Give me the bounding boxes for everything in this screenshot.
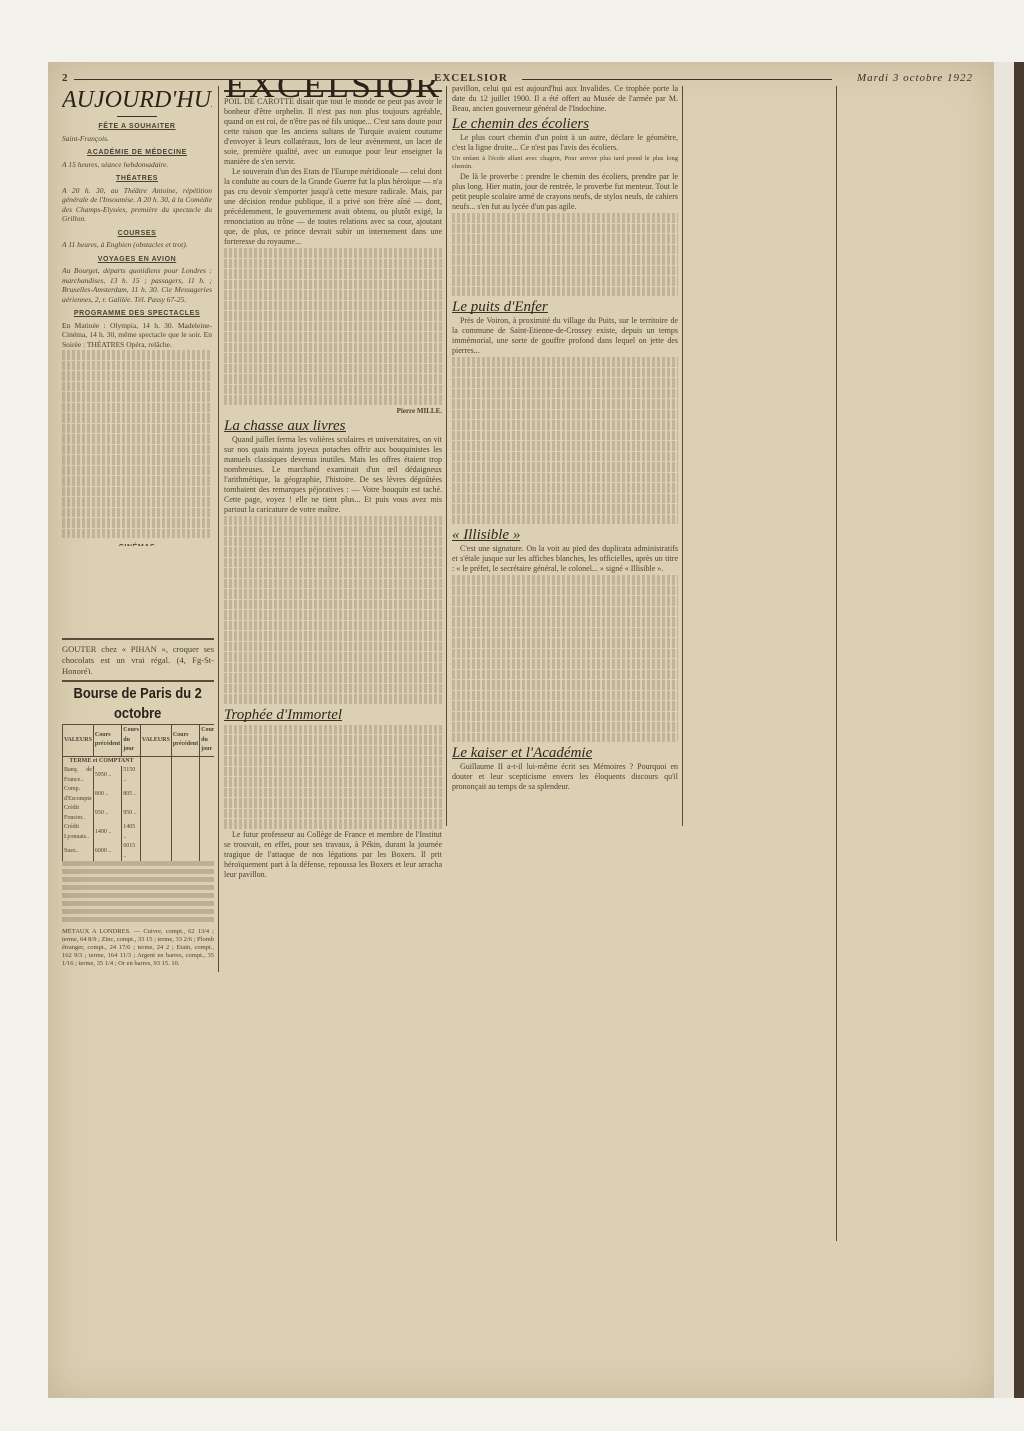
binding-edge <box>1014 62 1024 1398</box>
aujourdhui-section: FÊTE A SOUHAITERSaint-François. <box>62 122 212 143</box>
subtitle: La chasse aux livres <box>224 421 346 432</box>
metaux-londres: MÉTAUX A LONDRES. — Cuivre, compt., 62 1… <box>62 928 214 972</box>
subtitle: Le kaiser et l'Académie <box>452 748 592 759</box>
issue-date: Mardi 3 octobre 1922 <box>857 72 973 84</box>
table-row: Crédit Lyonnais..1400 ..1405 .. <box>63 823 215 842</box>
middle-column: pavillon, celui qui est aujourd'hui aux … <box>452 84 678 826</box>
table-row: Suez..6000 ..6015 .. <box>63 842 215 861</box>
aujourdhui-section: COURSESA 11 heures, à Enghien (obstacles… <box>62 229 212 250</box>
page-number: 2 <box>62 72 69 84</box>
table-row: Banq. de France..5950 ..5150 .. <box>63 766 215 785</box>
aujourdhui-section: THÉATRESA 20 h. 30, au Théâtre Antoine, … <box>62 174 212 224</box>
excelsior-title: EXCELSIOR <box>224 80 442 92</box>
bourse-table: VALEURSCours précédentCours du jourVALEU… <box>62 724 214 861</box>
aujourdhui-section: ACADÉMIE DE MÉDECINEA 15 heures, séance … <box>62 148 212 169</box>
subtitle: Le puits d'Enfer <box>452 302 548 313</box>
masthead: EXCELSIOR <box>434 72 508 84</box>
subtitle: Trophée d'Immortel <box>224 710 342 721</box>
signature: Pierre MILLE. <box>224 406 442 416</box>
bourse-title: Bourse de Paris du 2 octobre <box>62 684 213 724</box>
subtitle: Le chemin des écoliers <box>452 119 589 130</box>
subtitle: « Illisible » <box>452 530 520 541</box>
aujourdhui-column: AUJOURD'HUI FÊTE A SOUHAITERSaint-Franço… <box>62 86 212 546</box>
aujourdhui-section: PROGRAMME DES SPECTACLESEn Matinée : Oly… <box>62 309 212 349</box>
gouter-ad: GOUTER chez « PIHAN », croquer ses choco… <box>62 644 214 674</box>
table-row: Crédit Foncier..950 ..950 .. <box>63 804 215 823</box>
aujourdhui-section: CINÉMASGaumont-Palace, 20 h. 15, Roger l… <box>62 543 212 546</box>
aujourdhui-title: AUJOURD'HUI <box>62 86 212 114</box>
aujourdhui-section: VOYAGES EN AVIONAu Bourget, départs quot… <box>62 255 212 305</box>
bourse-section: Bourse de Paris du 2 octobre VALEURSCour… <box>62 684 214 924</box>
excelsior-column: EXCELSIOR POIL DE CAROTTE disait que tou… <box>224 80 442 972</box>
table-row: Comp. d'Escompte800 ..805 .. <box>63 785 215 804</box>
